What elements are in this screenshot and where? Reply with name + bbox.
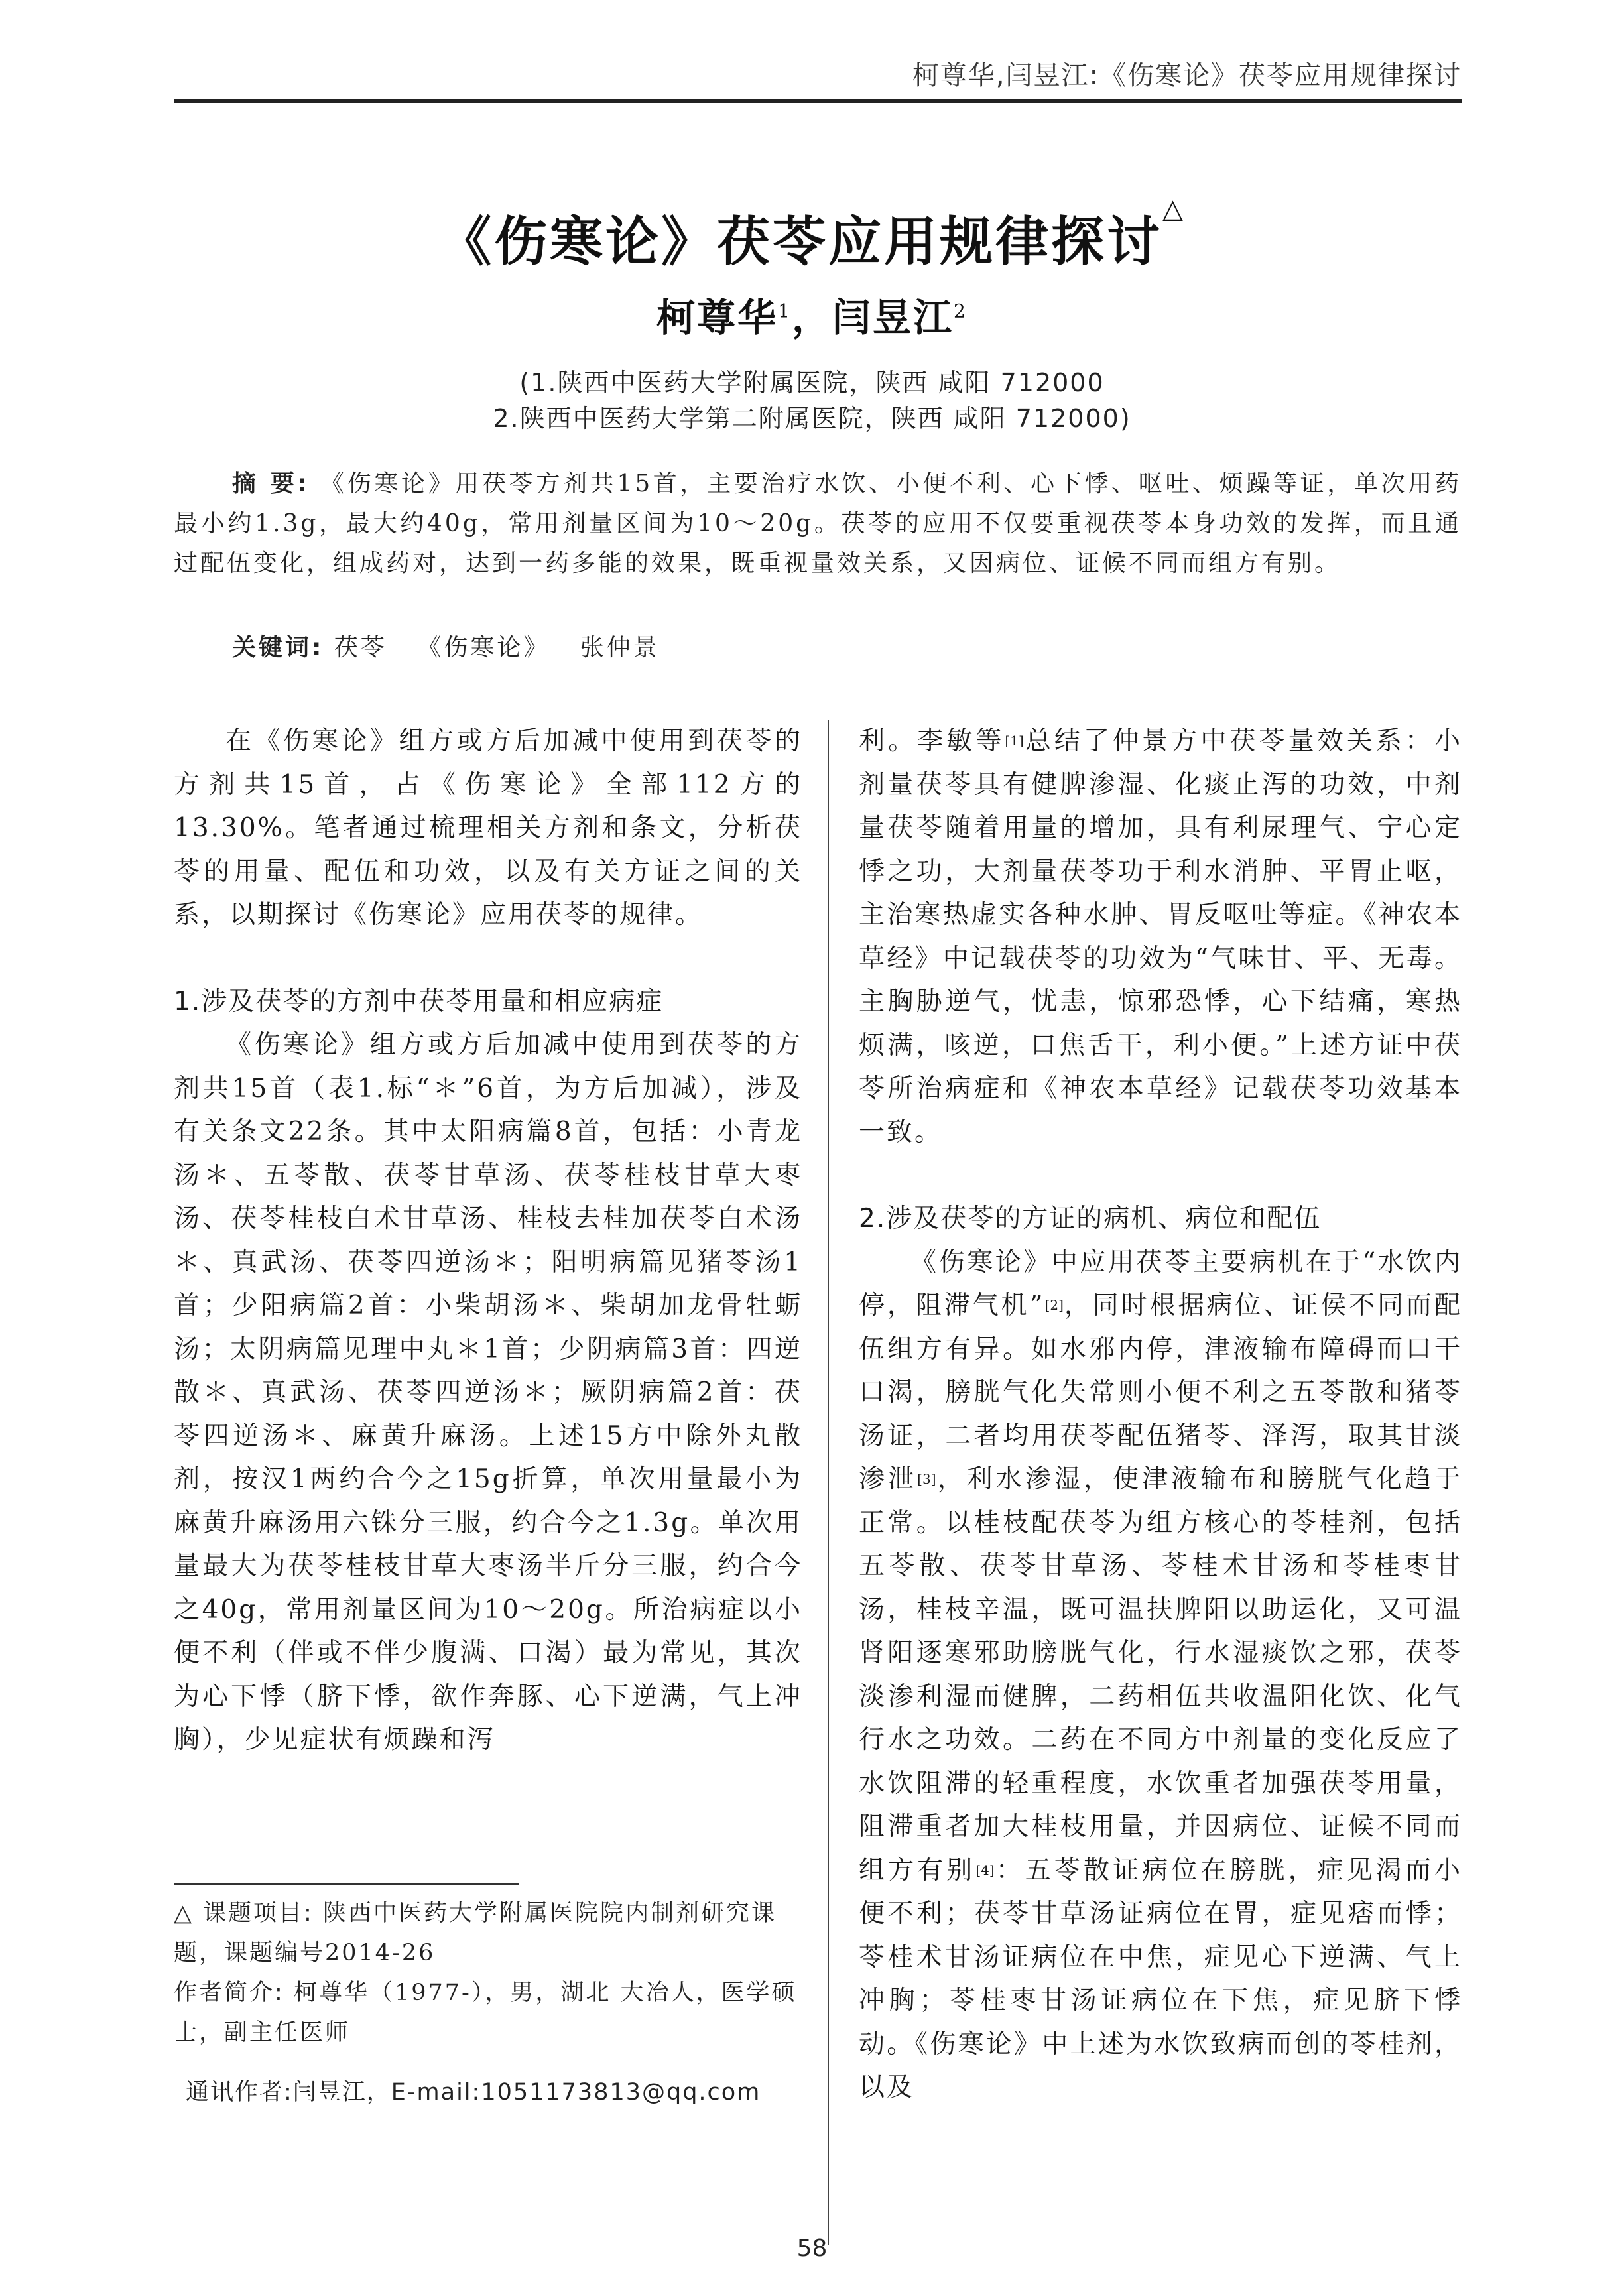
correspondence-footnote: 通讯作者:闫昱江，E-mail:1051173813@qq.com xyxy=(186,2072,810,2112)
right-column: 利。李敏等[1]总结了仲景方中茯苓量效关系：小剂量茯苓具有健脾渗湿、化痰止泻的功… xyxy=(859,720,1462,2110)
abstract-text: 《伤寒论》用茯苓方剂共15首，主要治疗水饮、小便不利、心下悸、呕吐、烦躁等证，单… xyxy=(174,470,1462,577)
affiliation-line: 2.陕西中医药大学第二附属医院，陕西 咸阳 712000) xyxy=(0,401,1624,436)
intro-paragraph: 在《伤寒论》组方或方后加减中使用到茯苓的方剂共15首，占《伤寒论》全部112方的… xyxy=(174,720,802,937)
keyword: 《伤寒论》 xyxy=(417,634,550,661)
text-run: 总结了仲景方中茯苓量效关系：小剂量茯苓具有健脾渗湿、化痰止泻的功效，中剂量茯苓随… xyxy=(859,726,1462,1147)
running-header: 柯尊华,闫昱江:《伤寒论》茯苓应用规律探讨 xyxy=(912,54,1462,92)
page-number: 58 xyxy=(0,2235,1624,2262)
keywords-label: 关键词: xyxy=(232,634,324,661)
continued-paragraph: 利。李敏等[1]总结了仲景方中茯苓量效关系：小剂量茯苓具有健脾渗湿、化痰止泻的功… xyxy=(859,720,1462,1154)
text-run: ，利水渗湿，使津液输布和膀胱气化趋于正常。以桂枝配茯苓为组方核心的苓桂剂，包括五… xyxy=(859,1464,1462,1885)
citation: [2] xyxy=(1045,1297,1064,1313)
abstract: 摘 要: 《伤寒论》用茯苓方剂共15首，主要治疗水饮、小便不利、心下悸、呕吐、烦… xyxy=(174,464,1462,584)
author-line: 柯尊华1，闫昱江2 xyxy=(0,286,1624,342)
footnotes: △ 课题项目: 陕西中医药大学附属医院院内制剂研究课题，课题编号2014-26 … xyxy=(174,1893,810,2112)
title-footnote-mark: △ xyxy=(1162,194,1186,224)
section1-paragraph: 《伤寒论》组方或方后加减中使用到茯苓的方剂共15首（表1.标“＊”6首，为方后加… xyxy=(174,1023,802,1762)
author-separator: ， xyxy=(792,295,832,340)
author-affil-mark: 2 xyxy=(954,300,968,322)
author-bio-label: 作者简介: xyxy=(174,1980,284,2006)
affiliation-line: (1.陕西中医药大学附属医院，陕西 咸阳 712000 xyxy=(0,365,1624,401)
author-name: 闫昱江 xyxy=(832,295,954,340)
title-text: 《伤寒论》茯苓应用规律探讨 xyxy=(438,210,1162,273)
spacer xyxy=(859,1154,1462,1197)
text-run: ，同时根据病位、证侯不同而配伍组方有异。如水邪内停，津液输布障碍而口干口渴，膀胱… xyxy=(859,1291,1462,1494)
header-rule xyxy=(174,99,1462,103)
project-label: △ 课题项目: xyxy=(174,1900,314,1927)
author-name: 柯尊华 xyxy=(656,295,778,340)
column-divider xyxy=(828,720,829,2245)
left-column: 在《伤寒论》组方或方后加减中使用到茯苓的方剂共15首，占《伤寒论》全部112方的… xyxy=(174,720,802,1762)
section-heading-1: 1.涉及茯苓的方剂中茯苓用量和相应病症 xyxy=(174,980,802,1024)
keyword: 茯苓 xyxy=(334,634,387,661)
affiliations: (1.陕西中医药大学附属医院，陕西 咸阳 712000 2.陕西中医药大学第二附… xyxy=(0,365,1624,436)
keyword: 张仲景 xyxy=(580,634,660,661)
citation: [3] xyxy=(917,1471,936,1487)
text-run: ：五苓散证病位在膀胱，症见渴而小便不利；茯苓甘草汤证病位在胃，症见痞而悸；苓桂术… xyxy=(859,1856,1462,2103)
article-title: 《伤寒论》茯苓应用规律探讨△ xyxy=(0,199,1624,275)
spacer xyxy=(174,937,802,980)
footnote-rule xyxy=(174,1883,519,1885)
section-heading-2: 2.涉及茯苓的方证的病机、病位和配伍 xyxy=(859,1197,1462,1241)
project-footnote: △ 课题项目: 陕西中医药大学附属医院院内制剂研究课题，课题编号2014-26 xyxy=(174,1893,810,1973)
text-run: 利。李敏等 xyxy=(859,726,1005,756)
citation: [1] xyxy=(1005,733,1023,749)
section2-paragraph: 《伤寒论》中应用茯苓主要病机在于“水饮内停，阻滞气机”[2]，同时根据病位、证侯… xyxy=(859,1241,1462,2110)
keywords: 关键词: 茯苓 《伤寒论》 张仲景 xyxy=(232,629,680,663)
author-bio-footnote: 作者简介: 柯尊华（1977-），男，湖北 大冶人，医学硕士，副主任医师 xyxy=(174,1973,810,2053)
citation: [4] xyxy=(975,1862,994,1878)
author-affil-mark: 1 xyxy=(778,300,792,322)
abstract-label: 摘 要: xyxy=(232,470,310,497)
